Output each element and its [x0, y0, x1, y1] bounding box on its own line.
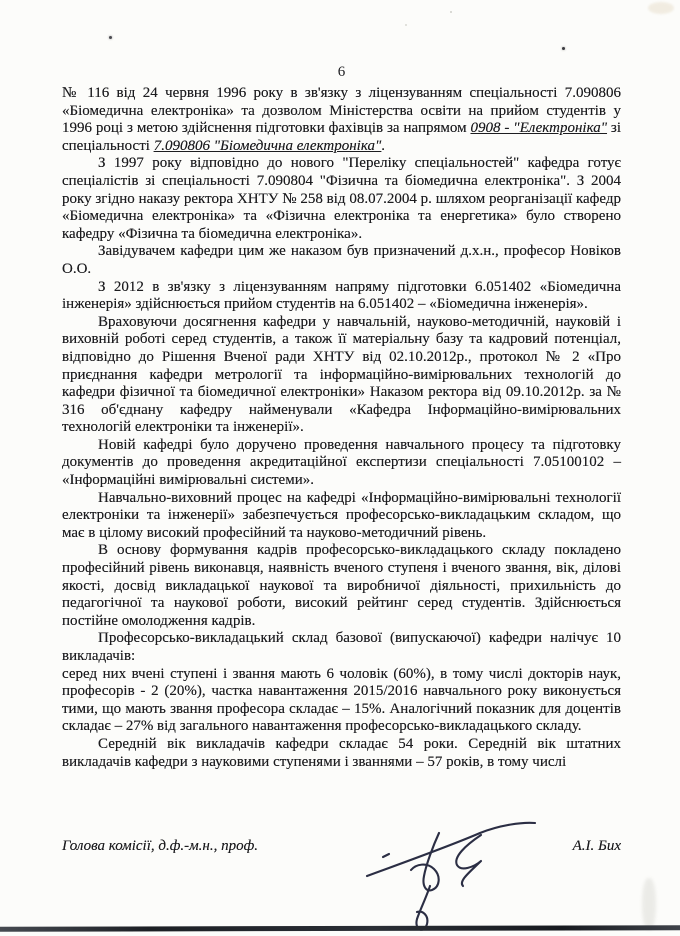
paragraph-2: З 1997 року відповідно до нового "Перелі…	[62, 155, 621, 243]
paragraph-8: В основу формування кадрів професорсько-…	[62, 542, 621, 630]
paragraph-9: Професорсько-викладацький склад базової …	[62, 630, 621, 665]
paragraph-5: Враховуючи досягнення кафедри у навчальн…	[62, 314, 621, 437]
signatory-name: А.І. Бих	[573, 838, 621, 855]
paragraph-11: Середній вік викладачів кафедри складає …	[62, 736, 621, 771]
paragraph-1-specialty-code-1: 0908 - "Електроніка"	[470, 120, 607, 136]
scan-smudge	[642, 878, 656, 930]
signature-stroke-descender	[416, 886, 430, 930]
scan-speck	[405, 24, 407, 26]
paragraph-1-specialty-code-2: 7.090806 "Біомедична електроніка"	[154, 138, 382, 154]
scan-smudge	[648, 2, 674, 14]
paragraph-6: Новій кафедрі було доручено проведення н…	[62, 437, 621, 490]
scan-speck	[562, 47, 565, 50]
paragraph-7: Навчально-виховний процес на кафедрі «Ін…	[62, 490, 621, 543]
page-number: 6	[62, 64, 621, 81]
paragraph-4: З 2012 в зв'язку з ліцензуванням напряму…	[62, 279, 621, 314]
scan-edge-artifact	[0, 925, 680, 931]
scan-speck	[432, 556, 434, 558]
paragraph-1: № 116 від 24 червня 1996 року в зв'язку …	[62, 85, 621, 155]
document-body: № 116 від 24 червня 1996 року в зв'язку …	[62, 85, 621, 771]
scan-speck	[450, 11, 452, 13]
paragraph-3: Завідувачем кафедри цим же наказом був п…	[62, 243, 621, 278]
scanned-document-page: 6 № 116 від 24 червня 1996 року в зв'язк…	[0, 0, 680, 936]
paragraph-10: серед них вчені ступені і звання мають 6…	[62, 666, 621, 736]
signature-block: Голова комісії, д.ф.-м.н., проф. А.І. Би…	[62, 838, 621, 855]
signatory-title: Голова комісії, д.ф.-м.н., проф.	[62, 838, 258, 855]
paragraph-1-run-3: .	[381, 138, 385, 154]
scan-speck	[109, 36, 112, 39]
